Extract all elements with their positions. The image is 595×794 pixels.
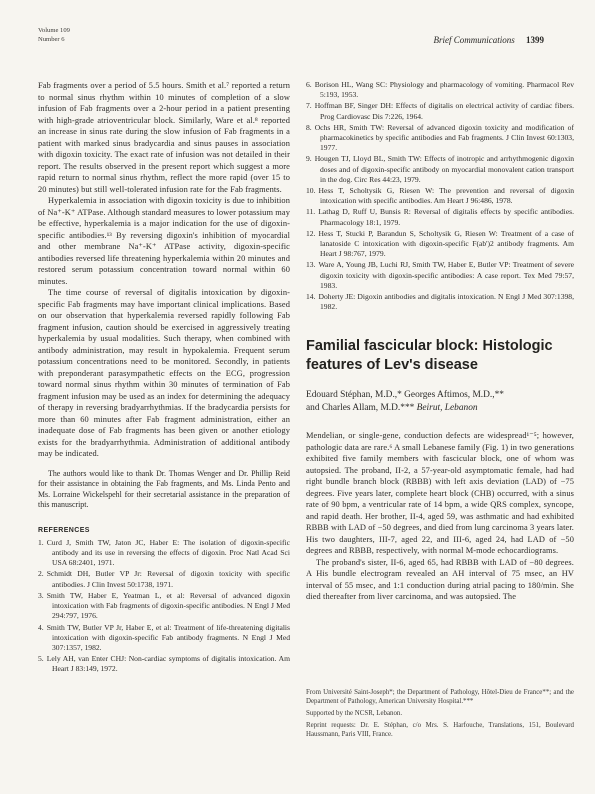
reference-item-6: 6.Borison HL, Wang SC: Physiology and ph… (306, 80, 574, 100)
reference-text: Lathag D, Ruff U, Bunsis R: Reversal of … (318, 207, 574, 226)
reference-text: Borison HL, Wang SC: Physiology and phar… (315, 80, 574, 99)
author-location: Beirut, Lebanon (417, 403, 478, 413)
reference-item-9: 9.Hougen TJ, Lloyd BL, Smith TW: Effects… (306, 154, 574, 185)
body-paragraph-2: Hyperkalemia in association with digoxin… (38, 195, 290, 287)
reference-number: 14. (306, 292, 319, 301)
reference-number: 12. (306, 229, 319, 238)
volume-label: Volume 109 (38, 27, 70, 36)
article-paragraph-2: The proband's sister, II-6, aged 65, had… (306, 557, 574, 603)
reference-text: Lely AH, van Enter CHJ: Non-cardiac symp… (47, 654, 290, 673)
reference-text: Hoffman BF, Singer DH: Effects of digita… (315, 101, 574, 120)
byline: Edouard Stéphan, M.D.,* Georges Aftimos,… (306, 389, 574, 414)
reference-item-11: 11.Lathag D, Ruff U, Bunsis R: Reversal … (306, 207, 574, 227)
reference-text: Curd J, Smith TW, Jaton JC, Haber E: The… (47, 538, 290, 567)
reference-text: Doherty JE: Digoxin antibodies and digit… (319, 292, 575, 311)
references-heading: REFERENCES (38, 527, 290, 534)
reference-number: 13. (306, 260, 319, 269)
reference-text: Smith TW, Butler VP Jr, Haber E, et al: … (47, 623, 290, 652)
footnote-reprints: Reprint requests: Dr. E. Stéphan, c/o Mr… (306, 722, 574, 739)
left-column: Fab fragments over a period of 5.5 hours… (38, 80, 290, 676)
journal-section-title: Brief Communications (434, 35, 515, 45)
footnote-affiliations: From Université Saint-Joseph*; the Depar… (306, 689, 574, 706)
reference-number: 5. (38, 654, 47, 663)
reference-number: 4. (38, 623, 47, 632)
article-title: Familial fascicular block: Histologic fe… (306, 337, 574, 374)
article-title-line1: Familial fascicular block: Histologic (306, 338, 553, 354)
reference-text: Hess T, Stucki P, Barandun S, Scholtysik… (319, 229, 575, 258)
reference-number: 7. (306, 101, 315, 110)
body-paragraph-3: The time course of reversal of digitalis… (38, 287, 290, 460)
reference-item-7: 7.Hoffman BF, Singer DH: Effects of digi… (306, 101, 574, 121)
reference-item-13: 13.Ware A, Young JB, Luchi RJ, Smith TW,… (306, 260, 574, 291)
running-head: Brief Communications 1399 (306, 35, 544, 45)
reference-item-5: 5.Lely AH, van Enter CHJ: Non-cardiac sy… (38, 654, 290, 674)
reference-number: 3. (38, 591, 47, 600)
page-number: 1399 (526, 35, 544, 45)
article-body: Mendelian, or single-gene, conduction de… (306, 430, 574, 603)
reference-text: Hess T, Scholtysik G, Riesen W: The prev… (319, 186, 575, 205)
right-column: 6.Borison HL, Wang SC: Physiology and ph… (306, 80, 574, 603)
reference-item-3: 3.Smith TW, Haber E, Yeatman L, et al: R… (38, 591, 290, 622)
reference-number: 2. (38, 569, 47, 578)
reference-item-2: 2.Schmidt DH, Butler VP Jr: Reversal of … (38, 569, 290, 589)
reference-item-14: 14.Doherty JE: Digoxin antibodies and di… (306, 292, 574, 312)
reference-item-4: 4.Smith TW, Butler VP Jr, Haber E, et al… (38, 623, 290, 654)
reference-number: 6. (306, 80, 315, 89)
body-paragraph-1: Fab fragments over a period of 5.5 hours… (38, 80, 290, 195)
footnote-block: From Université Saint-Joseph*; the Depar… (306, 689, 574, 743)
issue-number-label: Number 6 (38, 36, 70, 45)
article-paragraph-1: Mendelian, or single-gene, conduction de… (306, 430, 574, 557)
reference-number: 10. (306, 186, 319, 195)
authors-line1: Edouard Stéphan, M.D.,* Georges Aftimos,… (306, 390, 504, 400)
reference-text: Hougen TJ, Lloyd BL, Smith TW: Effects o… (315, 154, 574, 183)
reference-number: 8. (306, 123, 315, 132)
authors-line2: and Charles Allam, M.D.*** (306, 403, 417, 413)
reference-item-8: 8.Ochs HR, Smith TW: Reversal of advance… (306, 123, 574, 154)
reference-text: Smith TW, Haber E, Yeatman L, et al: Rev… (47, 591, 290, 620)
reference-text: Ware A, Young JB, Luchi RJ, Smith TW, Ha… (319, 260, 575, 289)
reference-item-10: 10.Hess T, Scholtysik G, Riesen W: The p… (306, 186, 574, 206)
reference-item-12: 12.Hess T, Stucki P, Barandun S, Scholty… (306, 229, 574, 260)
reference-number: 9. (306, 154, 315, 163)
reference-number: 11. (306, 207, 318, 216)
article-title-line2: features of Lev's disease (306, 357, 478, 373)
journal-page: Volume 109 Number 6 Brief Communications… (0, 0, 595, 794)
acknowledgment-paragraph: The authors would like to thank Dr. Thom… (38, 469, 290, 511)
reference-text: Schmidt DH, Butler VP Jr: Reversal of di… (47, 569, 290, 588)
issue-info: Volume 109 Number 6 (38, 27, 70, 44)
reference-item-1: 1.Curd J, Smith TW, Jaton JC, Haber E: T… (38, 538, 290, 569)
reference-text: Ochs HR, Smith TW: Reversal of advanced … (315, 123, 574, 152)
footnote-support: Supported by the NCSR, Lebanon. (306, 710, 574, 719)
reference-number: 1. (38, 538, 47, 547)
